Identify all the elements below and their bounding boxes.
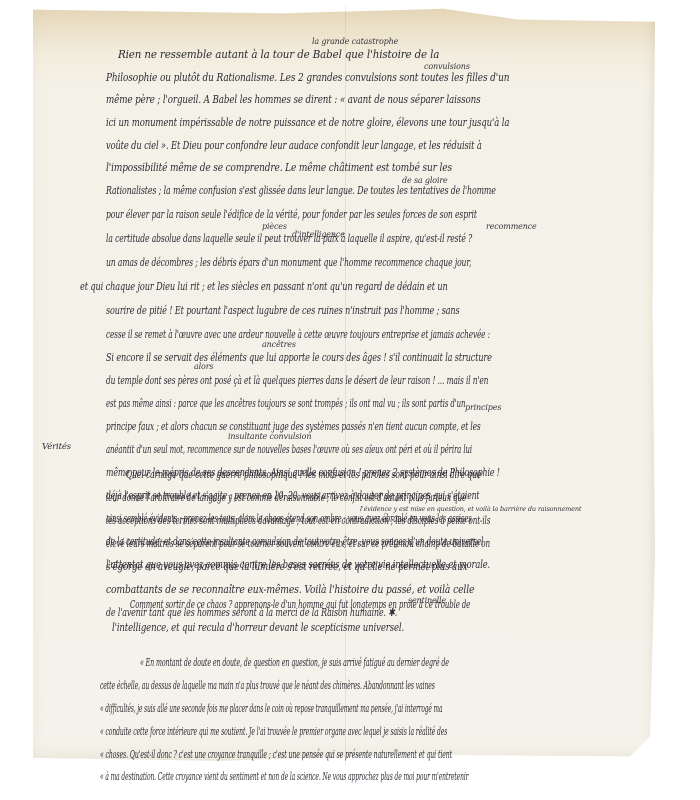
paragraph-4: « En montant de doute en doute, de quest… (0, 0, 700, 800)
text-line: « choses. Qu'est-il donc ? c'est une cro… (100, 748, 452, 761)
text-line: « conduite cette force intérieure qui me… (100, 725, 447, 738)
text-line: « difficultés, je suis allé une seconde … (100, 702, 442, 715)
text-line: « En montant de doute en doute, de quest… (140, 656, 449, 669)
text-line: « à ma destination. Cette croyance vient… (100, 770, 468, 783)
text-line: cette échelle, au dessus de laquelle ma … (100, 679, 435, 692)
